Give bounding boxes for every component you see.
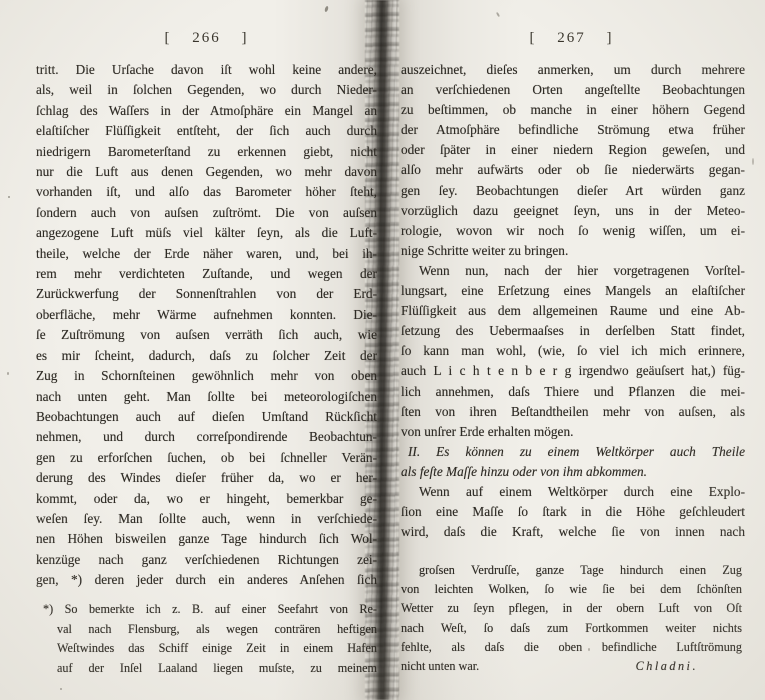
footnote-line: val nach Flensburg, als wegen conträren …: [57, 620, 377, 640]
body-text-line: auszeichnet, dieſes anmerken, um durch m…: [401, 60, 745, 80]
author-signature: Chladni.: [636, 657, 698, 676]
body-text-line: ſondern auch von auſsen zuſtrömt. Die vo…: [36, 203, 377, 223]
right-page-footnote-lines: groſsen Verdruſſe, ganze Tage hindurch e…: [401, 561, 742, 657]
body-text-line: Zug in Schornſteinen gewöhnlich mehr von…: [36, 366, 377, 386]
scan-speck: [7, 372, 9, 375]
body-text-line: theile, welche der Erde näher waren, und…: [36, 244, 377, 264]
body-text-line: angezogene Luft müſs viel kälter ſeyn, a…: [36, 223, 377, 243]
right-page-paragraph-2: Wenn nun, nach der hier vorgetragenen Vo…: [401, 261, 745, 442]
footnote-line: nach Weſt, ſo daſs zum Fortkommen weiter…: [401, 619, 742, 638]
body-text-line: oder ſpäter in einer niedern Region gewe…: [401, 140, 745, 160]
body-text-line: von unſrer Erde erhalten mögen.: [401, 422, 745, 442]
body-text-line: kommt, oder da, wo er hingeht, bemerkbar…: [36, 489, 377, 509]
body-text-line: ſion eine Maſſe ſo ſtark in die Höhe geſ…: [401, 502, 745, 522]
section-heading-line: II. Es können zu einem Weltkörper auch T…: [401, 442, 745, 462]
body-text-line: derung des Windes dieſer früher da, wo e…: [36, 468, 377, 488]
left-page-number: [ 266 ]: [36, 30, 377, 47]
footnote-line: von leichten Wolken, ſo wie ſie bei dem …: [401, 580, 742, 599]
body-text-line: ſetzung des Uebermaaſses in derſelben St…: [401, 321, 745, 341]
footnote-line: *) So bemerkte ich z. B. auf einer Seefa…: [57, 600, 377, 620]
left-page-footnote: *) So bemerkte ich z. B. auf einer Seefa…: [57, 600, 377, 678]
body-text-line: gen ſey. Beobachtungen dieſer Art würden…: [401, 181, 745, 201]
body-text-line: wird, daſs die Kraft, welche ſie von inn…: [401, 522, 745, 542]
scan-speck: [60, 688, 62, 690]
body-text-line: als, weil in ſolchen Gegenden, wo durch …: [36, 80, 377, 100]
body-text-line: ſo kann man wohl, (wie, ſo viel ich mich…: [401, 341, 745, 361]
body-text-line: Beobachtungen auch auf dieſen Umſtand Rü…: [36, 407, 377, 427]
body-text-line: an verſchiedenen Orten angeſtellte Beoba…: [401, 80, 745, 100]
footnote-line: auf der Inſel Laaland liegen muſste, zu …: [57, 659, 377, 679]
body-text-line: nach unten geht. Man ſollte bei meteorol…: [36, 387, 377, 407]
body-text-line: nur die Luft aus denen Gegenden, wo mehr…: [36, 162, 377, 182]
body-text-line: auch L i c h t e n b e r g irgendwo geäu…: [401, 361, 745, 381]
body-text-line: Zurückwerfung der Sonnenſtrahlen von der…: [36, 284, 377, 304]
body-text-line: rologie, wovon wir noch ſo wenig wiſſen,…: [401, 221, 745, 241]
body-text-line: Wenn auf einem Weltkörper durch eine Exp…: [401, 482, 745, 502]
body-text-line: gen, *) deren jeder durch ein anderes An…: [36, 570, 377, 590]
body-text-line: weſen ſey. Man ſollte auch, wenn in verſ…: [36, 509, 377, 529]
scan-speck: [588, 648, 590, 651]
left-page-body-text: tritt. Die Urſache davon iſt wohl keine …: [36, 60, 377, 591]
footnote-line: Weſtwindes das Schiff einige Zeit in ein…: [57, 639, 377, 659]
body-text-line: der Atmoſphäre befindliche Strömung etwa…: [401, 120, 745, 140]
body-text-line: Flüſſigkeit aus dem allgemeinen Raume un…: [401, 301, 745, 321]
body-text-line: rem mehr verdichteten Zuſtande, und wege…: [36, 264, 377, 284]
body-text-line: nen Höhen bisweilen ganze Tage hindurch …: [36, 529, 377, 549]
body-text-line: gen zu erforſchen ſuchen, ob bei ſchnell…: [36, 448, 377, 468]
body-text-line: niedrigern Barometerſtand zu erkennen gi…: [36, 142, 377, 162]
right-page-number: [ 267 ]: [401, 30, 742, 47]
scan-speck: [752, 158, 754, 165]
body-text-line: oberfläche, mehr Wärme aufnehmen konnten…: [36, 305, 377, 325]
body-text-line: ſten von ihren Beſtandtheilen mehr von a…: [401, 402, 745, 422]
body-text-line: elaſtiſcher Flüſſigkeit entſteht, der ſi…: [36, 121, 377, 141]
footnote-last-line: nicht unten war. Chladni.: [401, 657, 742, 676]
body-text-line: nige Schritte weiter zu bringen.: [401, 241, 745, 261]
footnote-line: fehlte, als daſs die oben befindliche Lu…: [401, 638, 742, 657]
footnote-line: groſsen Verdruſſe, ganze Tage hindurch e…: [401, 561, 742, 580]
body-text-line: ſchlag des Waſſers in der Atmoſphäre ein…: [36, 101, 377, 121]
scan-speck: [496, 12, 500, 17]
body-text-line: ſe Zuſtrömung von auſsen verräth ſich au…: [36, 325, 377, 345]
book-scan: [ 266 ] tritt. Die Urſache davon iſt woh…: [0, 0, 765, 700]
scan-speck: [324, 6, 329, 13]
scan-speck: [8, 196, 10, 198]
right-page-body-text: auszeichnet, dieſes anmerken, um durch m…: [401, 60, 745, 542]
right-page-paragraph-1: auszeichnet, dieſes anmerken, um durch m…: [401, 60, 745, 261]
section-heading-line: als feſte Maſſe hinzu oder von ihm abkom…: [401, 462, 745, 482]
body-text-line: es mir ſcheint, dadurch, daſs zu ſolcher…: [36, 346, 377, 366]
body-text-line: lich annehmen, daſs Thiere und Pflanzen …: [401, 382, 745, 402]
section-heading: II. Es können zu einem Weltkörper auch T…: [401, 442, 745, 482]
body-text-line: zu beſtimmen, ob manche in einer höhern …: [401, 100, 745, 120]
right-page-footnote: groſsen Verdruſſe, ganze Tage hindurch e…: [401, 561, 742, 676]
body-text-line: vorzüglich dazu geeignet ſeyn, uns in de…: [401, 201, 745, 221]
body-text-line: tritt. Die Urſache davon iſt wohl keine …: [36, 60, 377, 80]
right-page-paragraph-3: Wenn auf einem Weltkörper durch eine Exp…: [401, 482, 745, 542]
body-text-line: kenzüge nach ganz verſchiedenen Richtung…: [36, 550, 377, 570]
body-text-line: nehmen, und durch correſpondirende Beoba…: [36, 427, 377, 447]
footnote-line: Wetter zu ſeyn pflegen, in der obern Luf…: [401, 599, 742, 618]
body-text-line: alſo mehr aufwärts oder ob ſie niederwär…: [401, 160, 745, 180]
body-text-line: Wenn nun, nach der hier vorgetragenen Vo…: [401, 261, 745, 281]
footnote-closing-text: nicht unten war.: [401, 657, 479, 676]
body-text-line: vorhanden iſt, und alſo das Barometer hö…: [36, 182, 377, 202]
body-text-line: lungsart, eine Erſetzung eines Mangels a…: [401, 281, 745, 301]
